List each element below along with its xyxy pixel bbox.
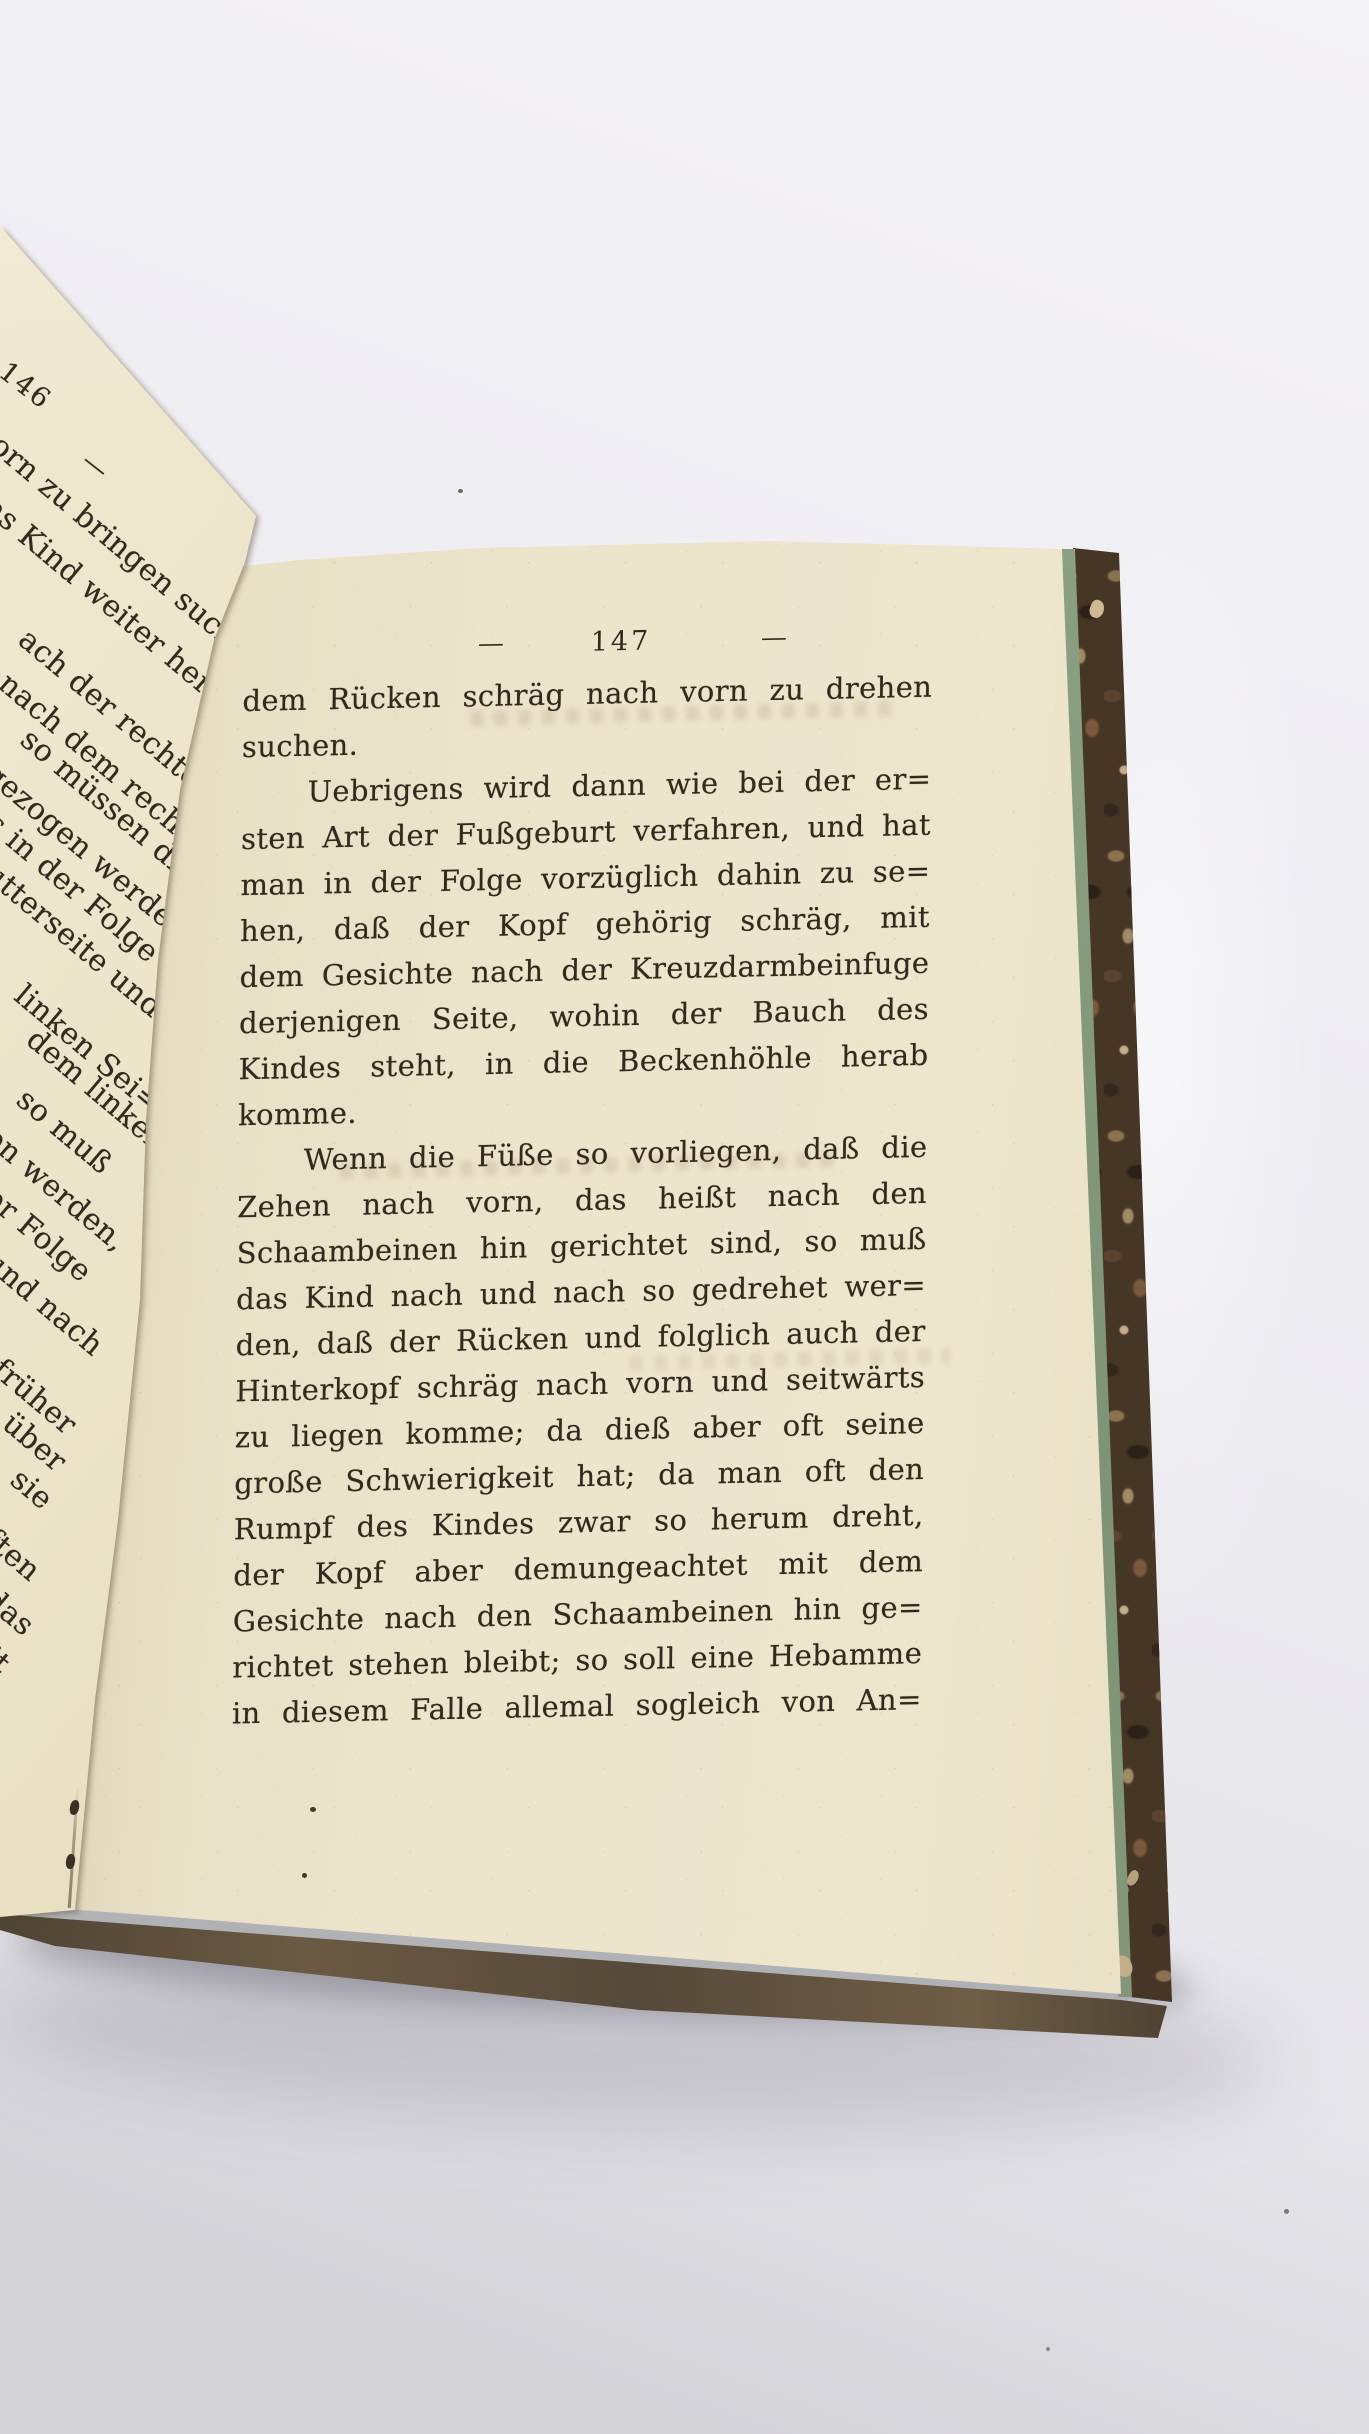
left-page-number: 146 bbox=[0, 356, 57, 416]
dust-speck bbox=[1046, 2347, 1050, 2351]
dust-speck bbox=[458, 489, 463, 493]
left-page-header-dash: — bbox=[76, 446, 115, 486]
photo-of-open-book: — 147 — dem Rücken schräg nach vorn zu d… bbox=[0, 0, 1369, 2434]
left-page-text-fragment: it bbox=[0, 1640, 17, 1681]
left-page-text-fragment: das bbox=[0, 1582, 41, 1643]
left-page-paper bbox=[0, 0, 1369, 2434]
left-page bbox=[0, 0, 1369, 2434]
left-page-text-fragment: ften bbox=[0, 1522, 47, 1589]
dust-speck bbox=[1284, 2209, 1289, 2214]
left-page-shading bbox=[0, 0, 1369, 2434]
